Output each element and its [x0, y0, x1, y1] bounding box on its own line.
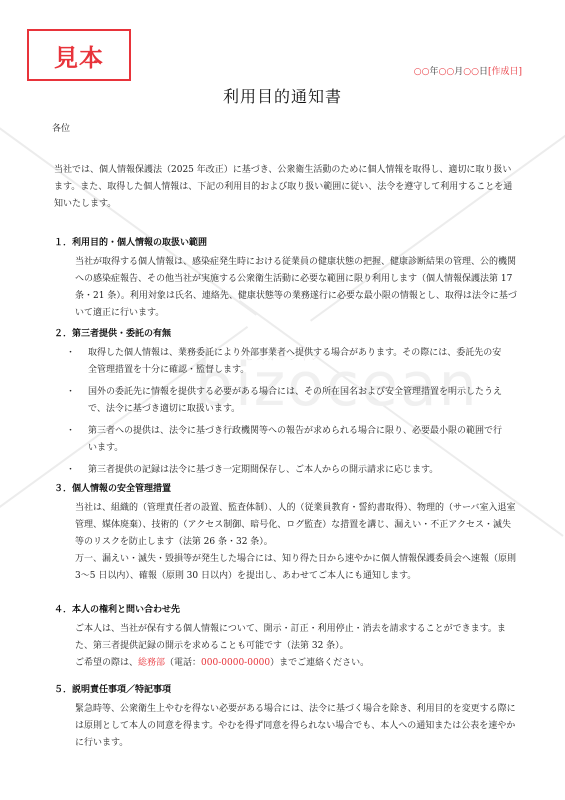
section-accountability: ５．説明責任事項／特記事項 緊急時等、公衆衛生上やむを得ない必要がある場合には、…	[54, 682, 524, 752]
bullet-icon: ・	[66, 423, 75, 440]
section-purpose: １．利用目的・個人情報の取扱い範囲 当社が取得する個人情報は、感染症発生時におけ…	[54, 235, 524, 322]
bullet-icon: ・	[66, 462, 75, 479]
date-year-placeholder: ○○	[414, 67, 430, 77]
bullet-list: ・取得した個人情報は、業務委託により外部事業者へ提供する場合があります。その際に…	[54, 345, 524, 479]
document-page: bizocean ビズオーシャン 見本 ○○年○○月○○日[作成日] 利用目的通…	[0, 0, 565, 800]
section-heading: ４．本人の権利と問い合わせ先	[54, 602, 524, 616]
section-body: 緊急時等、公衆衛生上やむを得ない必要がある場合には、法令に基づく場合を除き、利用…	[75, 701, 518, 752]
bullet-icon: ・	[66, 384, 75, 401]
section-rights-contact: ４．本人の権利と問い合わせ先 ご本人は、当社が保有する個人情報について、開示・訂…	[54, 602, 524, 672]
contact-phone: 000-0000-0000	[201, 658, 270, 668]
date-year-suffix: 年	[429, 67, 438, 77]
list-item: ・第三者提供の記録は法令に基づき一定期間保存し、ご本人からの開示請求に応じます。	[54, 462, 503, 479]
date-day-suffix: 日	[479, 67, 488, 77]
intro-paragraph: 当社では、個人情報保護法（2025 年改正）に基づき、公衆衛生活動のために個人情…	[54, 162, 516, 213]
date-note: [作成日]	[488, 67, 522, 77]
list-item: ・国外の委託先に情報を提供する必要がある場合には、その所在国名および安全管理措置…	[54, 384, 503, 418]
sample-stamp: 見本	[27, 29, 131, 81]
section-heading: ５．説明責任事項／特記事項	[54, 682, 524, 696]
section-heading: １．利用目的・個人情報の取扱い範囲	[54, 235, 524, 249]
security-measures-text: 当社は、組織的（管理責任者の設置、監査体制）、人的（従業員教育・誓約書取得）、物…	[75, 500, 518, 551]
list-item: ・取得した個人情報は、業務委託により外部事業者へ提供する場合があります。その際に…	[54, 345, 503, 379]
contact-department: 総務部	[138, 658, 165, 668]
document-title: 利用目的通知書	[0, 84, 565, 107]
section-heading: ３．個人情報の安全管理措置	[54, 481, 524, 495]
section-heading: ２．第三者提供・委託の有無	[54, 326, 524, 340]
addressee: 各位	[52, 121, 70, 134]
section-body: 当社は、組織的（管理責任者の設置、監査体制）、人的（従業員教育・誓約書取得）、物…	[75, 500, 518, 585]
creation-date: ○○年○○月○○日[作成日]	[414, 64, 522, 77]
section-body: ご本人は、当社が保有する個人情報について、開示・訂正・利用停止・消去を請求するこ…	[75, 621, 518, 672]
date-month-suffix: 月	[454, 67, 463, 77]
section-body: 当社が取得する個人情報は、感染症発生時における従業員の健康状態の把握、健康診断結…	[75, 254, 518, 322]
bullet-icon: ・	[66, 345, 75, 362]
date-month-placeholder: ○○	[439, 67, 455, 77]
breach-response-text: 万一、漏えい・滅失・毀損等が発生した場合には、知り得た日から速やかに個人情報保護…	[75, 551, 518, 585]
section-third-party: ２．第三者提供・委託の有無 ・取得した個人情報は、業務委託により外部事業者へ提供…	[54, 326, 524, 484]
section-security: ３．個人情報の安全管理措置 当社は、組織的（管理責任者の設置、監査体制）、人的（…	[54, 481, 524, 585]
list-item: ・第三者への提供は、法令に基づき行政機関等への報告が求められる場合に限り、必要最…	[54, 423, 503, 457]
contact-line: ご希望の際は、総務部（電話：000-0000-0000）までご連絡ください。	[75, 655, 518, 672]
date-day-placeholder: ○○	[463, 67, 479, 77]
rights-text: ご本人は、当社が保有する個人情報について、開示・訂正・利用停止・消去を請求するこ…	[75, 621, 518, 655]
